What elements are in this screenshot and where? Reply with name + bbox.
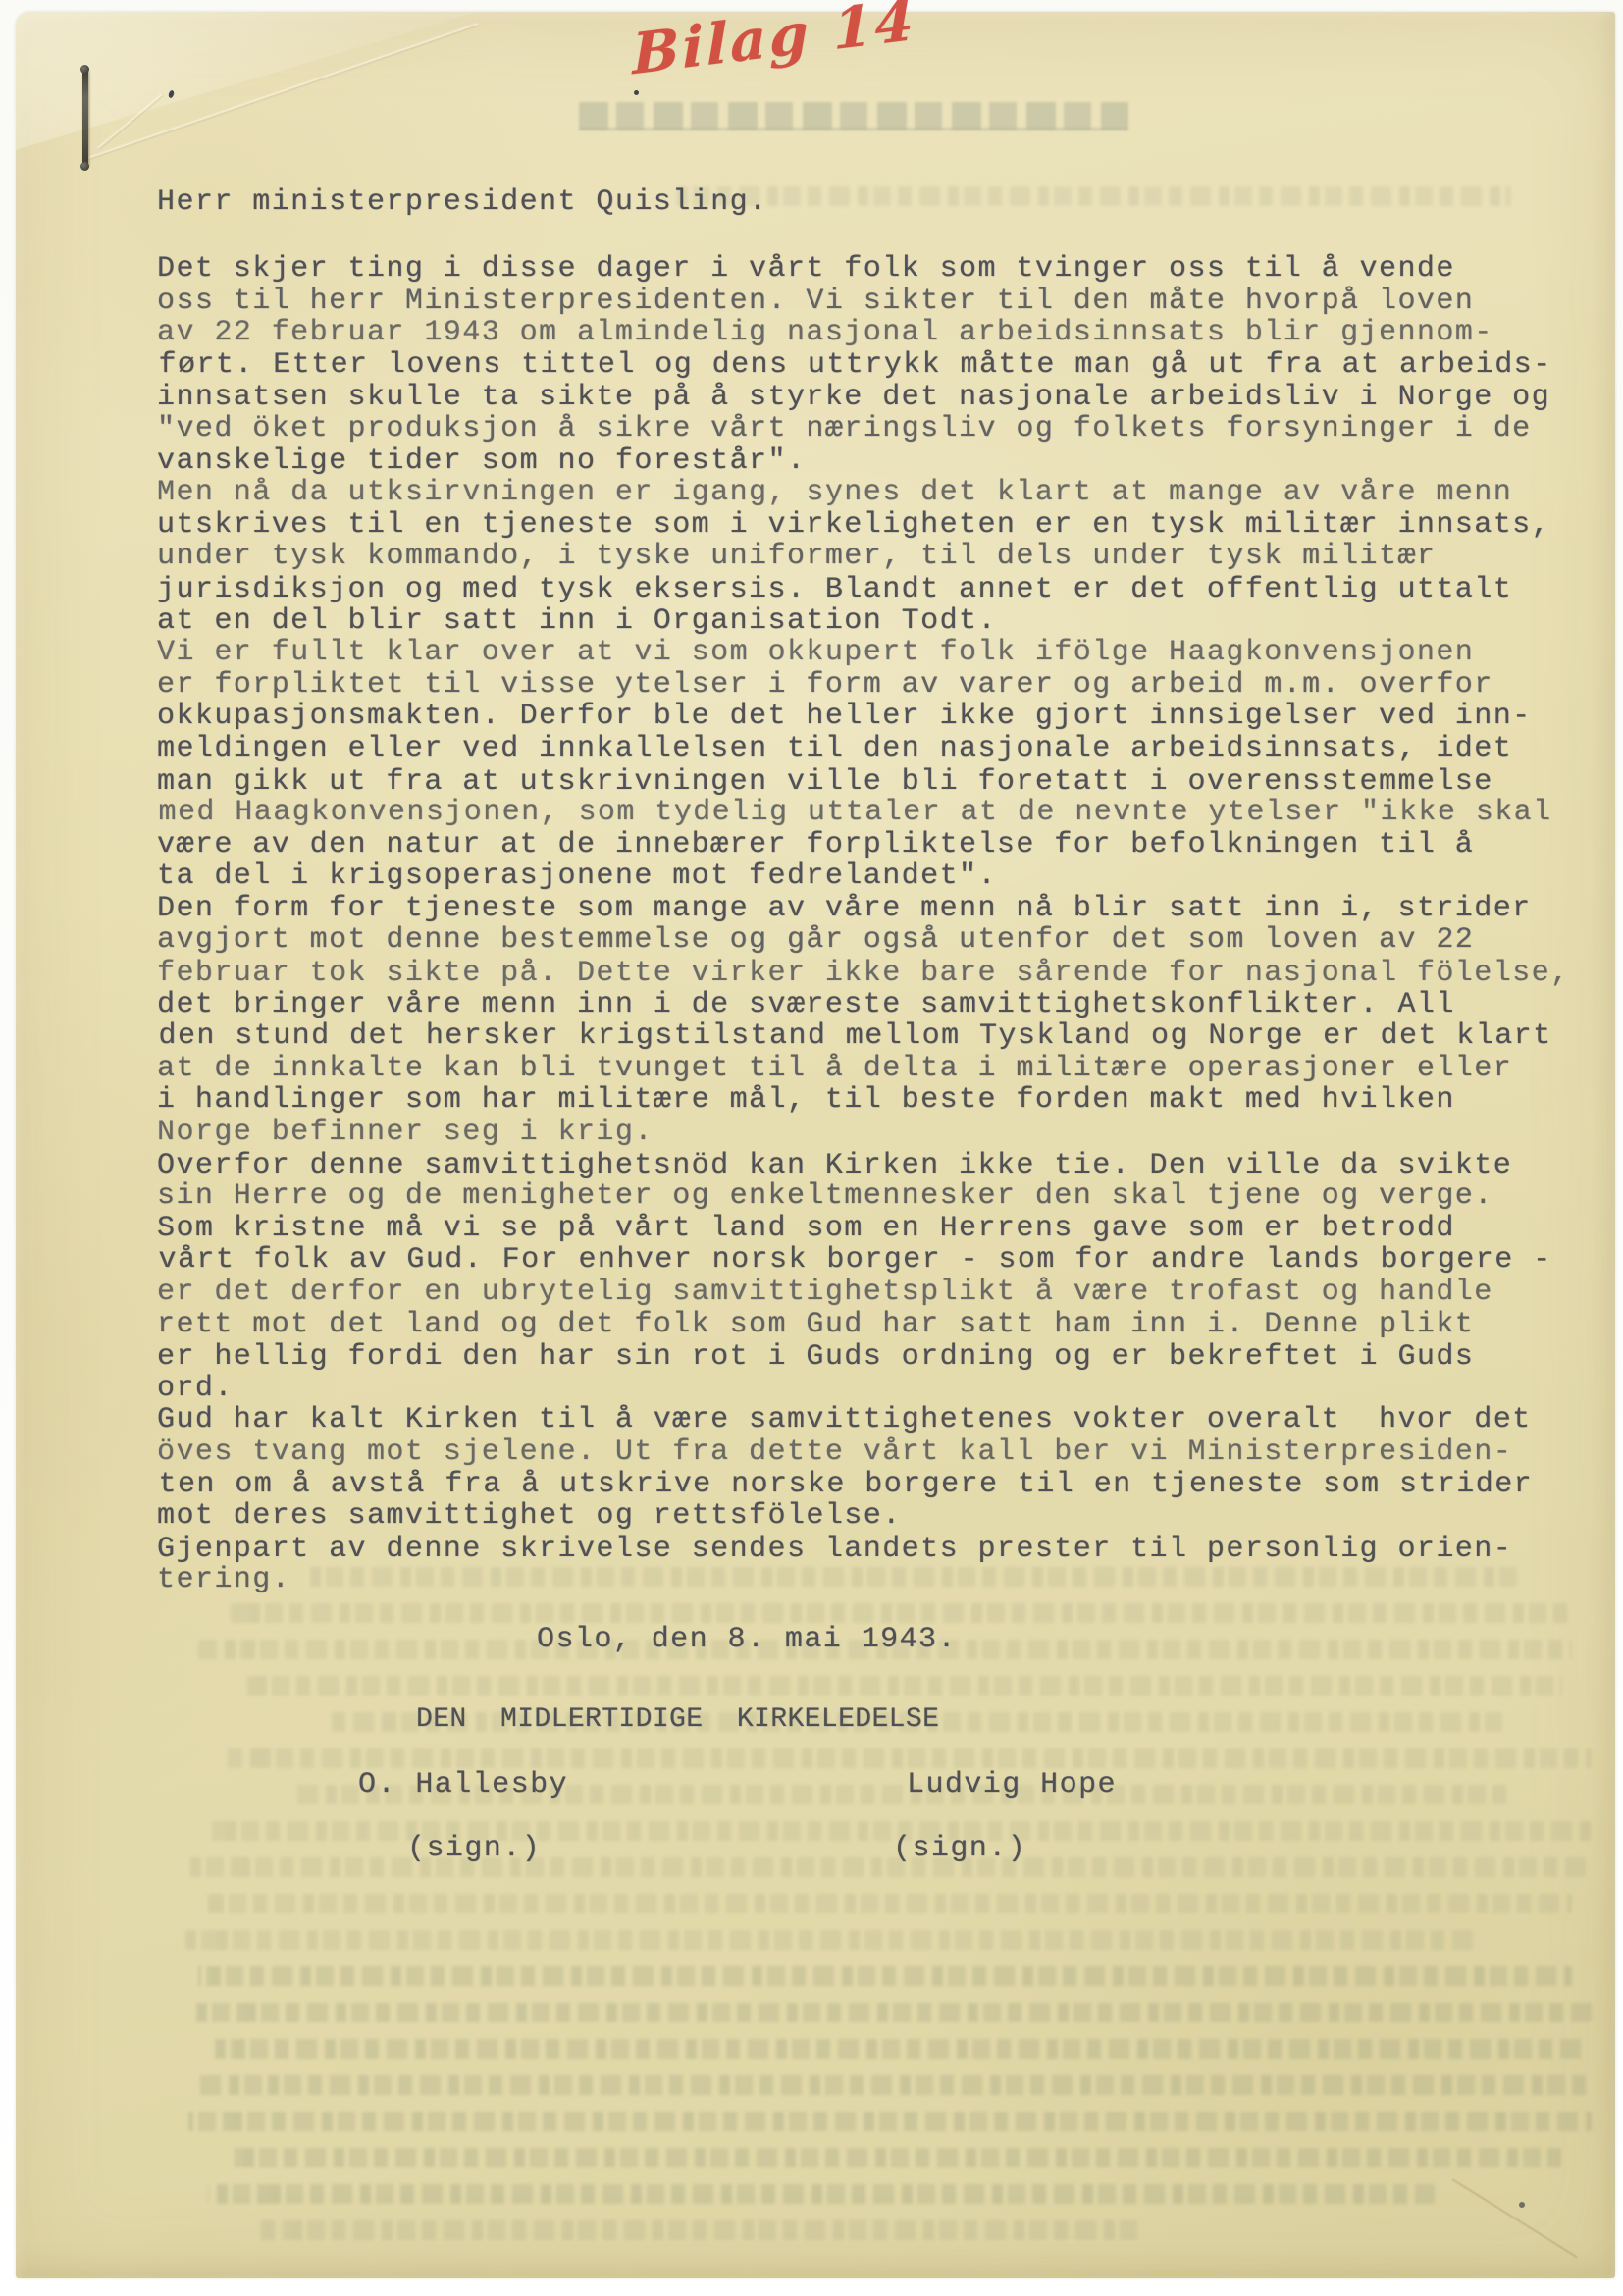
typed-line-28: Norge befinner seg i krig. <box>157 1117 1570 1149</box>
typed-line-41: Gjenpart av denne skrivelse sendes lande… <box>157 1534 1570 1566</box>
typed-line-15: okkupasjonsmakten. Derfor ble det heller… <box>157 701 1570 733</box>
bleedthrough-line <box>188 2112 1592 2131</box>
typed-line-11: jurisdiksjon og med tysk eksersis. Bland… <box>157 574 1570 606</box>
scanned-letter-page: Herr ministerpresident Quisling. Det skj… <box>0 0 1623 2296</box>
bleedthrough-line <box>228 1603 1572 1623</box>
bleedthrough-line <box>247 1676 1562 1696</box>
bleedthrough-line <box>677 186 1511 206</box>
bleedthrough-line <box>228 2148 1562 2167</box>
typed-line-24: det bringer våre menn inn i de sværeste … <box>157 989 1570 1021</box>
typed-line-35: er hellig fordi den har sin rot i Guds o… <box>157 1341 1570 1374</box>
signer-name-hope: Ludvig Hope <box>907 1769 1117 1801</box>
typed-line-23: februar tok sikte på. Dette virker ikke … <box>157 958 1570 990</box>
bleedthrough-line <box>188 2003 1592 2022</box>
typed-line-13: Vi er fullt klar over at vi som okkupert… <box>157 637 1570 669</box>
typed-line-17: man gikk ut fra at utskrivningen ville b… <box>157 765 1570 798</box>
letter-body: Det skjer ting i disse dager i vårt folk… <box>157 253 1570 1596</box>
typed-line-38: öves tvang mot sjelene. Ut fra dette vår… <box>157 1436 1570 1469</box>
typed-line-30: sin Herre og de menigheter og enkeltmenn… <box>157 1180 1570 1213</box>
typed-line-39: ten om å avstå fra å utskrive norske bor… <box>159 1469 1572 1501</box>
handwritten-annotation: Bilag 14 <box>632 0 916 87</box>
typed-line-16: meldingen eller ved innkallelsen til den… <box>157 733 1570 765</box>
typed-line-3: av 22 februar 1943 om almindelig nasjona… <box>157 317 1570 349</box>
typed-line-29: Overfor denne samvittighetsnöd kan Kirke… <box>157 1149 1570 1181</box>
typed-line-32: vårt folk av Gud. For enhver norsk borge… <box>159 1244 1572 1277</box>
typed-line-14: er forpliktet til visse ytelser i form a… <box>157 669 1570 702</box>
typed-line-5: innsatsen skulle ta sikte på å styrke de… <box>157 382 1570 414</box>
bleedthrough-line <box>208 2039 1582 2059</box>
ink-speck <box>634 90 639 95</box>
typed-line-27: i handlinger som har militære mål, til b… <box>157 1084 1570 1117</box>
typed-line-36: ord. <box>157 1373 1570 1405</box>
bleedthrough-line <box>198 2075 1592 2095</box>
paper-sheet: Herr ministerpresident Quisling. Det skj… <box>16 12 1615 2278</box>
signer-name-hallesby: O. Hallesby <box>358 1769 568 1801</box>
sign-label-left: (sign.) <box>407 1833 541 1865</box>
bleedthrough-line <box>257 2220 1140 2240</box>
typed-line-37: Gud har kalt Kirken til å være samvittig… <box>157 1404 1570 1436</box>
typed-line-18: med Haagkonvensjonen, som tydelig uttale… <box>159 797 1572 829</box>
typed-line-4: ført. Etter lovens tittel og dens uttryk… <box>159 349 1572 382</box>
typed-line-22: avgjort mot denne bestemmelse og går ogs… <box>157 924 1570 957</box>
typed-line-6: "ved öket produksjon å sikre vårt næring… <box>157 413 1570 445</box>
ink-speck <box>1519 2202 1525 2208</box>
typed-line-12: at en del blir satt inn i Organisation T… <box>157 605 1570 638</box>
bleedthrough-line <box>198 1966 1572 1986</box>
typed-line-10: under tysk kommando, i tyske uniformer, … <box>157 541 1570 573</box>
typed-line-2: oss til herr Ministerpresidenten. Vi sik… <box>157 286 1570 318</box>
typed-line-33: er det derfor en ubrytelig samvittighets… <box>157 1277 1570 1309</box>
signature-labels-row: (sign.) (sign.) <box>16 1833 1615 1960</box>
typed-line-1: Det skjer ting i disse dager i vårt folk… <box>157 253 1570 286</box>
typed-line-31: Som kristne må vi se på vårt land som en… <box>157 1213 1570 1245</box>
dateline: Oslo, den 8. mai 1943. <box>537 1624 957 1656</box>
organization-name: DEN MIDLERTIDIGE KIRKELEDELSE <box>416 1704 939 1737</box>
typed-line-26: at de innkalte kan bli tvunget til å del… <box>157 1053 1570 1085</box>
typed-line-20: ta del i krigsoperasjonene mot fedreland… <box>157 861 1570 893</box>
staple <box>82 69 88 167</box>
bleedthrough-line <box>228 1748 1592 1768</box>
sign-label-right: (sign.) <box>893 1833 1026 1865</box>
typed-line-42: tering. <box>157 1564 1570 1596</box>
bleedthrough-title <box>579 102 1128 130</box>
typed-line-21: Den form for tjeneste som mange av våre … <box>157 893 1570 925</box>
typed-line-9: utskrives til en tjeneste som i virkelig… <box>157 509 1570 542</box>
typed-line-25: den stund det hersker krigstilstand mell… <box>159 1020 1572 1053</box>
typed-line-19: være av den natur at de innebærer forpli… <box>157 829 1570 861</box>
typed-line-40: mot deres samvittighet og rettsfölelse. <box>157 1500 1570 1533</box>
typed-line-34: rett mot det land og det folk som Gud ha… <box>157 1309 1570 1341</box>
salutation: Herr ministerpresident Quisling. <box>157 186 768 219</box>
typed-line-8: Men nå da utksirvningen er igang, synes … <box>157 477 1570 509</box>
scratch-mark <box>1451 2178 1577 2258</box>
bleedthrough-line <box>208 2184 1435 2204</box>
typed-line-7: vanskelige tider som no forestår". <box>157 445 1570 478</box>
